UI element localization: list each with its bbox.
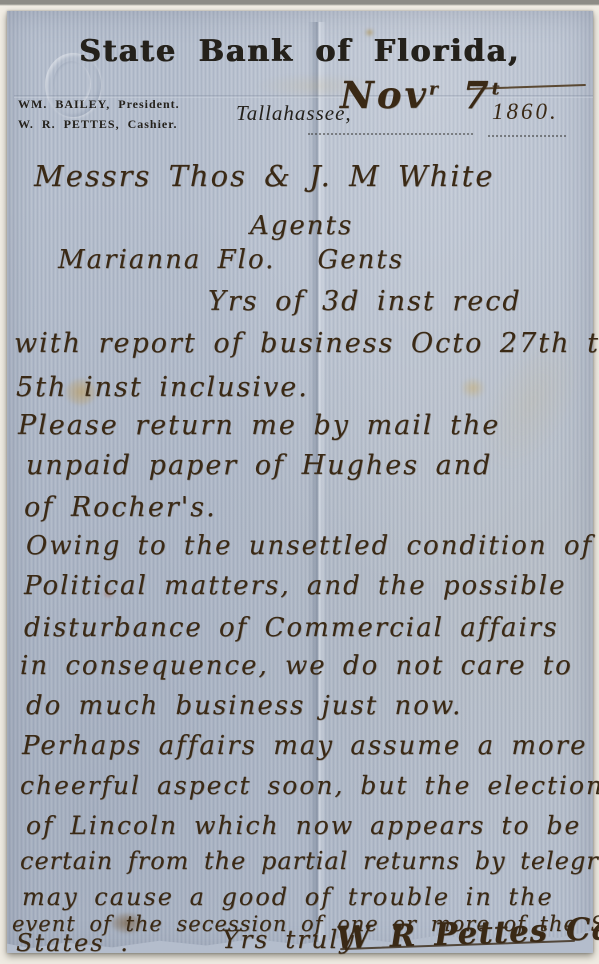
date-handwritten: Novr 7t — [340, 74, 502, 117]
body-line: Yrs of 3d inst recd — [208, 286, 522, 317]
recipients-place-line: Marianna Flo.Gents — [58, 246, 404, 276]
date-month-superscript: r — [429, 80, 441, 100]
year-printed: 1860. — [492, 99, 559, 125]
cashier-line: W. R. PETTES, Cashier. — [18, 115, 180, 135]
body-line: Owing to the unsettled condition of — [26, 532, 593, 562]
officers-block: WM. BAILEY, President. W. R. PETTES, Cas… — [18, 95, 180, 135]
recipients-role: Agents — [250, 212, 353, 242]
body-line: unpaid paper of Hughes and — [26, 450, 492, 481]
body-line: Please return me by mail the — [18, 410, 500, 441]
president-line: WM. BAILEY, President. — [18, 95, 180, 115]
body-line: 5th inst inclusive. — [16, 372, 309, 403]
body-line: of Lincoln which now appears to be — [26, 812, 581, 841]
body-line: cheerful aspect soon, but the election — [20, 772, 599, 801]
body-line: Perhaps affairs may assume a more — [22, 732, 587, 762]
body-line: certain from the partial returns by tele… — [20, 848, 599, 876]
greeting: Gents — [317, 245, 404, 275]
recipients-line: Messrs Thos & J. M White — [34, 160, 495, 193]
year-dotted-rule — [488, 134, 566, 137]
body-line: disturbance of Commercial affairs — [24, 614, 559, 644]
body-line: of Rocher's. — [24, 492, 217, 523]
date-dotted-rule — [308, 132, 473, 135]
body-line: with report of business Octo 27th to — [14, 328, 599, 359]
place-printed: Tallahassee, — [236, 101, 352, 126]
date-month: Nov — [340, 73, 429, 117]
bank-name: State Bank of Florida, — [0, 34, 599, 69]
recipients-place: Marianna Flo. — [58, 245, 275, 275]
body-line: in consequence, we do not care to — [20, 652, 573, 682]
body-line: Political matters, and the possible — [24, 572, 567, 602]
date-day-superscript: t — [492, 80, 503, 100]
body-line: may cause a good of trouble in the — [22, 884, 554, 912]
body-line: States . — [16, 930, 130, 958]
date-day: 7 — [463, 73, 492, 117]
body-line: do much business just now. — [26, 692, 462, 722]
